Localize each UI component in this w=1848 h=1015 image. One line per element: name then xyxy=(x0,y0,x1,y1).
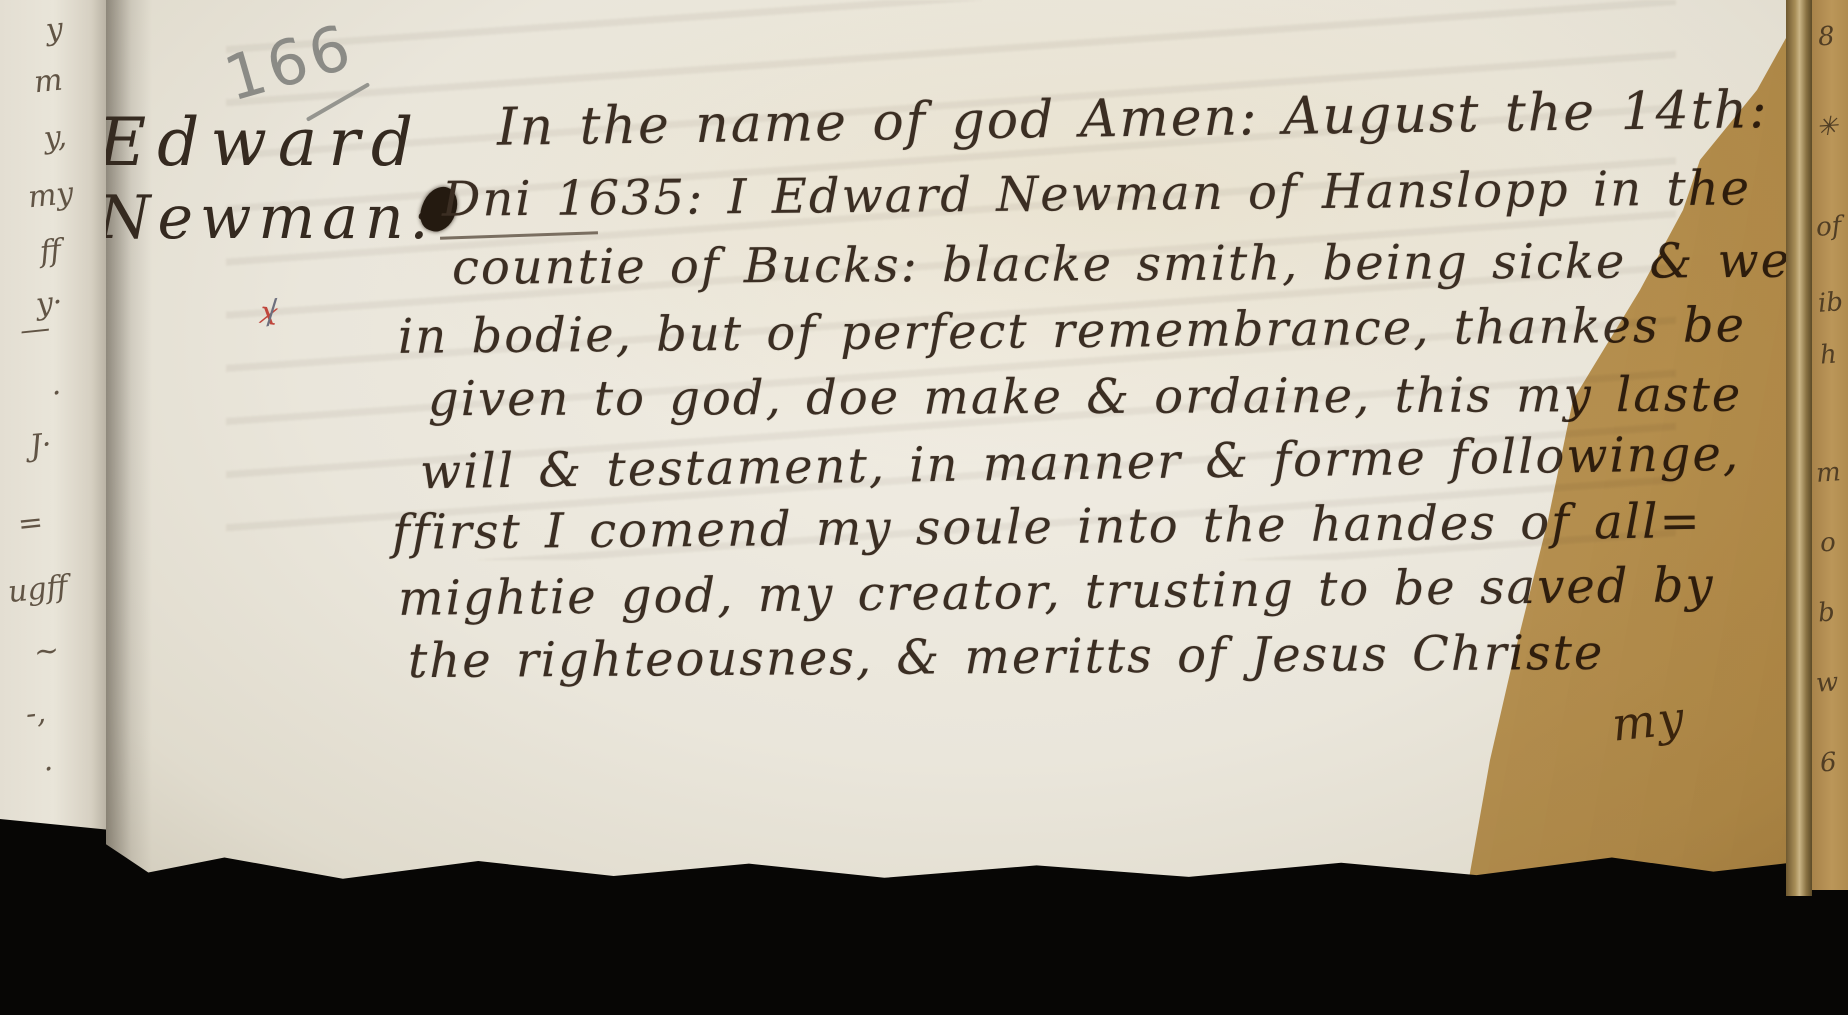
will-text-line: countie of Bucks: blacke smith, being si… xyxy=(452,232,1848,295)
right-page-text-fragment: m xyxy=(1815,457,1842,489)
red-x-mark: / x xyxy=(257,293,280,333)
right-adjacent-page: 8 ✳ of ib h m o b w 6 xyxy=(1812,0,1848,890)
left-page-text-fragment: y, xyxy=(42,119,68,156)
right-page-text-fragment: h xyxy=(1819,339,1838,370)
will-text-line: in bodie, but of perfect remembrance, th… xyxy=(398,297,1746,365)
manuscript-photo: y m y, my ff y· — · J· = ugff ~ -, · 166… xyxy=(0,0,1848,1015)
will-text-line: ffirst I comend my soule into the handes… xyxy=(392,493,1702,560)
will-text-line: given to god, doe make & ordaine, this m… xyxy=(428,367,1742,428)
left-page-text-fragment: · xyxy=(50,376,63,412)
right-page-text-fragment: 8 xyxy=(1817,21,1836,52)
left-page-text-fragment: ugff xyxy=(6,569,69,610)
right-page-text-fragment: w xyxy=(1815,667,1839,698)
left-page-text-fragment: -, xyxy=(24,695,47,732)
margin-testator-name: Edward Newman: xyxy=(98,104,438,253)
binding-strip xyxy=(1786,0,1812,896)
right-page-text-fragment: ✳ xyxy=(1815,111,1839,142)
left-page-text-fragment: my xyxy=(26,176,75,216)
right-page-text-fragment: ib xyxy=(1817,287,1844,319)
margin-name-line2: Newman: xyxy=(98,183,438,253)
left-page-text-fragment: J· xyxy=(28,427,53,464)
left-page-text-fragment: = xyxy=(16,505,45,542)
will-text-line: Dni 1635: I Edward Newman of Hanslopp in… xyxy=(442,160,1751,227)
manuscript-page: 166 Edward Newman: / x In the name of go… xyxy=(106,0,1798,884)
left-page-text-fragment: ff xyxy=(38,233,63,270)
margin-name-line1: Edward xyxy=(98,104,438,181)
right-page-text-fragment: 6 xyxy=(1819,747,1838,778)
left-page-text-fragment: ~ xyxy=(32,633,61,670)
left-page-text-fragment: — xyxy=(18,311,51,349)
will-text-line: mightie god, my creator, trusting to be … xyxy=(398,557,1715,627)
left-page-text-fragment: m xyxy=(32,63,64,101)
right-page-text-fragment: o xyxy=(1819,527,1837,558)
left-page-text-fragment: · xyxy=(42,752,55,788)
right-page-text-fragment: of xyxy=(1815,211,1842,243)
will-text-line: the righteousnes, & meritts of Jesus Chr… xyxy=(408,625,1605,689)
right-page-text-fragment: b xyxy=(1817,597,1836,628)
left-page-text-fragment: y xyxy=(44,11,65,48)
